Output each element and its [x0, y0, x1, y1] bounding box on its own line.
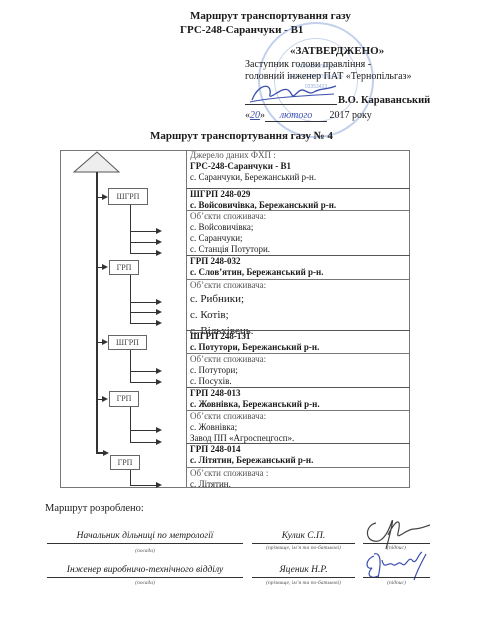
signature-line-2: [363, 577, 430, 578]
source-name: ГРС-248-Саранчуки - В1: [190, 161, 410, 172]
station-row-2: ГРП 248-032 с. Слов’ятин, Бережанський р…: [186, 255, 410, 279]
main-trunk-line: [96, 172, 98, 453]
object-item: с. Потутори;: [190, 365, 410, 376]
objects-label: Об’єкти споживача:: [190, 211, 410, 222]
arrow-right-icon: [156, 439, 162, 445]
branch-line: [130, 275, 131, 323]
position-line-2: [47, 577, 243, 578]
arrow-right-icon: [156, 379, 162, 385]
branch-line: [130, 382, 157, 383]
name-caption-2: (прізвище, ім’я та по-батькові): [252, 580, 355, 586]
station-row-3: ШГРП 248-131 с. Потутори, Бережанський р…: [186, 330, 410, 353]
object-item: с. Жовнівка;: [190, 422, 410, 433]
arrow-right-icon: [156, 320, 162, 326]
objects-row-4: Об’єкти споживача: с. Жовнівка; Завод ПП…: [186, 410, 410, 443]
object-item: с. Посухів.: [190, 376, 410, 387]
object-item: с. Саранчуки;: [190, 233, 410, 244]
date-year: 2017 року: [330, 110, 372, 121]
branch-line: [130, 407, 131, 442]
approval-signature: [248, 80, 340, 106]
name-caption-1: (прізвище, ім’я та по-батькові): [252, 545, 355, 551]
arrow-right-icon: [103, 450, 109, 456]
arrow-right-icon: [156, 427, 162, 433]
arrow-right-icon: [156, 250, 162, 256]
branch-line: [130, 231, 157, 232]
source-location: с. Саранчуки, Бережанський р-н.: [190, 172, 410, 183]
branch-line: [130, 442, 157, 443]
branch-line: [130, 430, 157, 431]
position-1: Начальник дільниці по метрології: [47, 531, 243, 541]
station-location: с. Слов’ятин, Бережанський р-н.: [190, 267, 410, 278]
source-row: Джерело даних ФХП : ГРС-248-Саранчуки - …: [186, 150, 410, 188]
approval-position-line1: Заступник голови правління -: [245, 59, 371, 70]
objects-label: Об’єкти споживача :: [190, 468, 410, 479]
station-code: ШГРП 248-029: [190, 189, 410, 200]
branch-line: [130, 205, 131, 253]
station-code: ГРП 248-013: [190, 388, 410, 399]
date-month: лютого: [265, 110, 327, 122]
object-item: с. Рибники;: [190, 291, 410, 307]
branch-line: [130, 323, 157, 324]
objects-row-5: Об’єкти споживача : с. Літятин.: [186, 467, 410, 488]
arrow-right-icon: [156, 299, 162, 305]
signature-caption-2: (підпис): [363, 580, 430, 586]
station-row-5: ГРП 248-014 с. Літятин, Бережанський р-н…: [186, 443, 410, 467]
name-1: Кулик С.П.: [252, 531, 355, 541]
objects-label: Об’єкти споживача:: [190, 280, 410, 291]
arrow-right-icon: [156, 368, 162, 374]
objects-row-3: Об’єкти споживача: с. Потутори; с. Посух…: [186, 353, 410, 387]
route-title: Маршрут транспортування газу № 4: [150, 130, 333, 142]
station-location: с. Літятин, Бережанський р-н.: [190, 455, 410, 466]
name-line-1: [252, 543, 355, 544]
source-label: Джерело даних ФХП :: [190, 150, 410, 161]
objects-row-2: Об’єкти споживача: с. Рибники; с. Котів;…: [186, 279, 410, 330]
signature-2: [362, 550, 432, 584]
branch-line: [130, 371, 157, 372]
branch-line: [130, 312, 157, 313]
position-line-1: [47, 543, 243, 544]
arrow-right-icon: [156, 239, 162, 245]
arrow-right-icon: [102, 396, 108, 402]
position-2: Інженер виробничо-технічного відділу: [47, 565, 243, 575]
date-day: 20: [250, 110, 260, 121]
objects-label: Об’єкти споживача:: [190, 411, 410, 422]
arrow-right-icon: [102, 264, 108, 270]
station-code: ГРП 248-014: [190, 444, 410, 455]
station-row-4: ГРП 248-013 с. Жовнівка, Бережанський р-…: [186, 387, 410, 410]
name-2: Яценик Н.Р.: [252, 565, 355, 575]
station-code: ШГРП 248-131: [190, 331, 410, 342]
station-row-1: ШГРП 248-029 с. Войсовичівка, Бережанськ…: [186, 188, 410, 210]
diagram-node-grp-2: ГРП: [109, 391, 139, 407]
branch-line: [130, 350, 131, 382]
name-line-2: [252, 577, 355, 578]
diagram-node-shgrp-1: ШГРП: [108, 188, 148, 205]
object-item: с. Войсовичівка;: [190, 222, 410, 233]
diagram-node-grp-3: ГРП: [110, 455, 140, 470]
arrow-right-icon: [156, 482, 162, 488]
signature-line-1: [363, 543, 430, 544]
position-caption-1: (посада): [47, 548, 243, 554]
approval-date: «20»лютого 2017 року: [245, 110, 372, 122]
approval-status: «ЗАТВЕРДЖЕНО»: [290, 45, 384, 57]
branch-line: [130, 302, 157, 303]
branch-line: [130, 470, 131, 485]
object-item: с. Котів;: [190, 307, 410, 323]
approval-signer: В.О. Караванський: [338, 95, 430, 106]
branch-line: [130, 242, 157, 243]
position-caption-2: (посада): [47, 580, 243, 586]
station-code: ГРП 248-032: [190, 256, 410, 267]
object-item: с. Станція Потутори.: [190, 244, 410, 255]
branch-line: [130, 485, 157, 486]
station-location: с. Потутори, Бережанський р-н.: [190, 342, 410, 353]
doc-title-line1: Маршрут транспортування газу: [190, 10, 351, 22]
arrow-right-icon: [156, 228, 162, 234]
objects-row-1: Об’єкти споживача: с. Войсовичівка; с. С…: [186, 210, 410, 255]
arrow-right-icon: [156, 309, 162, 315]
diagram-node-grp-1: ГРП: [109, 260, 139, 275]
object-item: с. Літятин.: [190, 479, 410, 490]
objects-label: Об’єкти споживача:: [190, 354, 410, 365]
diagram-node-shgrp-2: ШГРП: [108, 335, 147, 350]
station-location: с. Жовнівка, Бережанський р-н.: [190, 399, 410, 410]
branch-line: [130, 253, 157, 254]
developed-label: Маршрут розроблено:: [45, 503, 144, 514]
